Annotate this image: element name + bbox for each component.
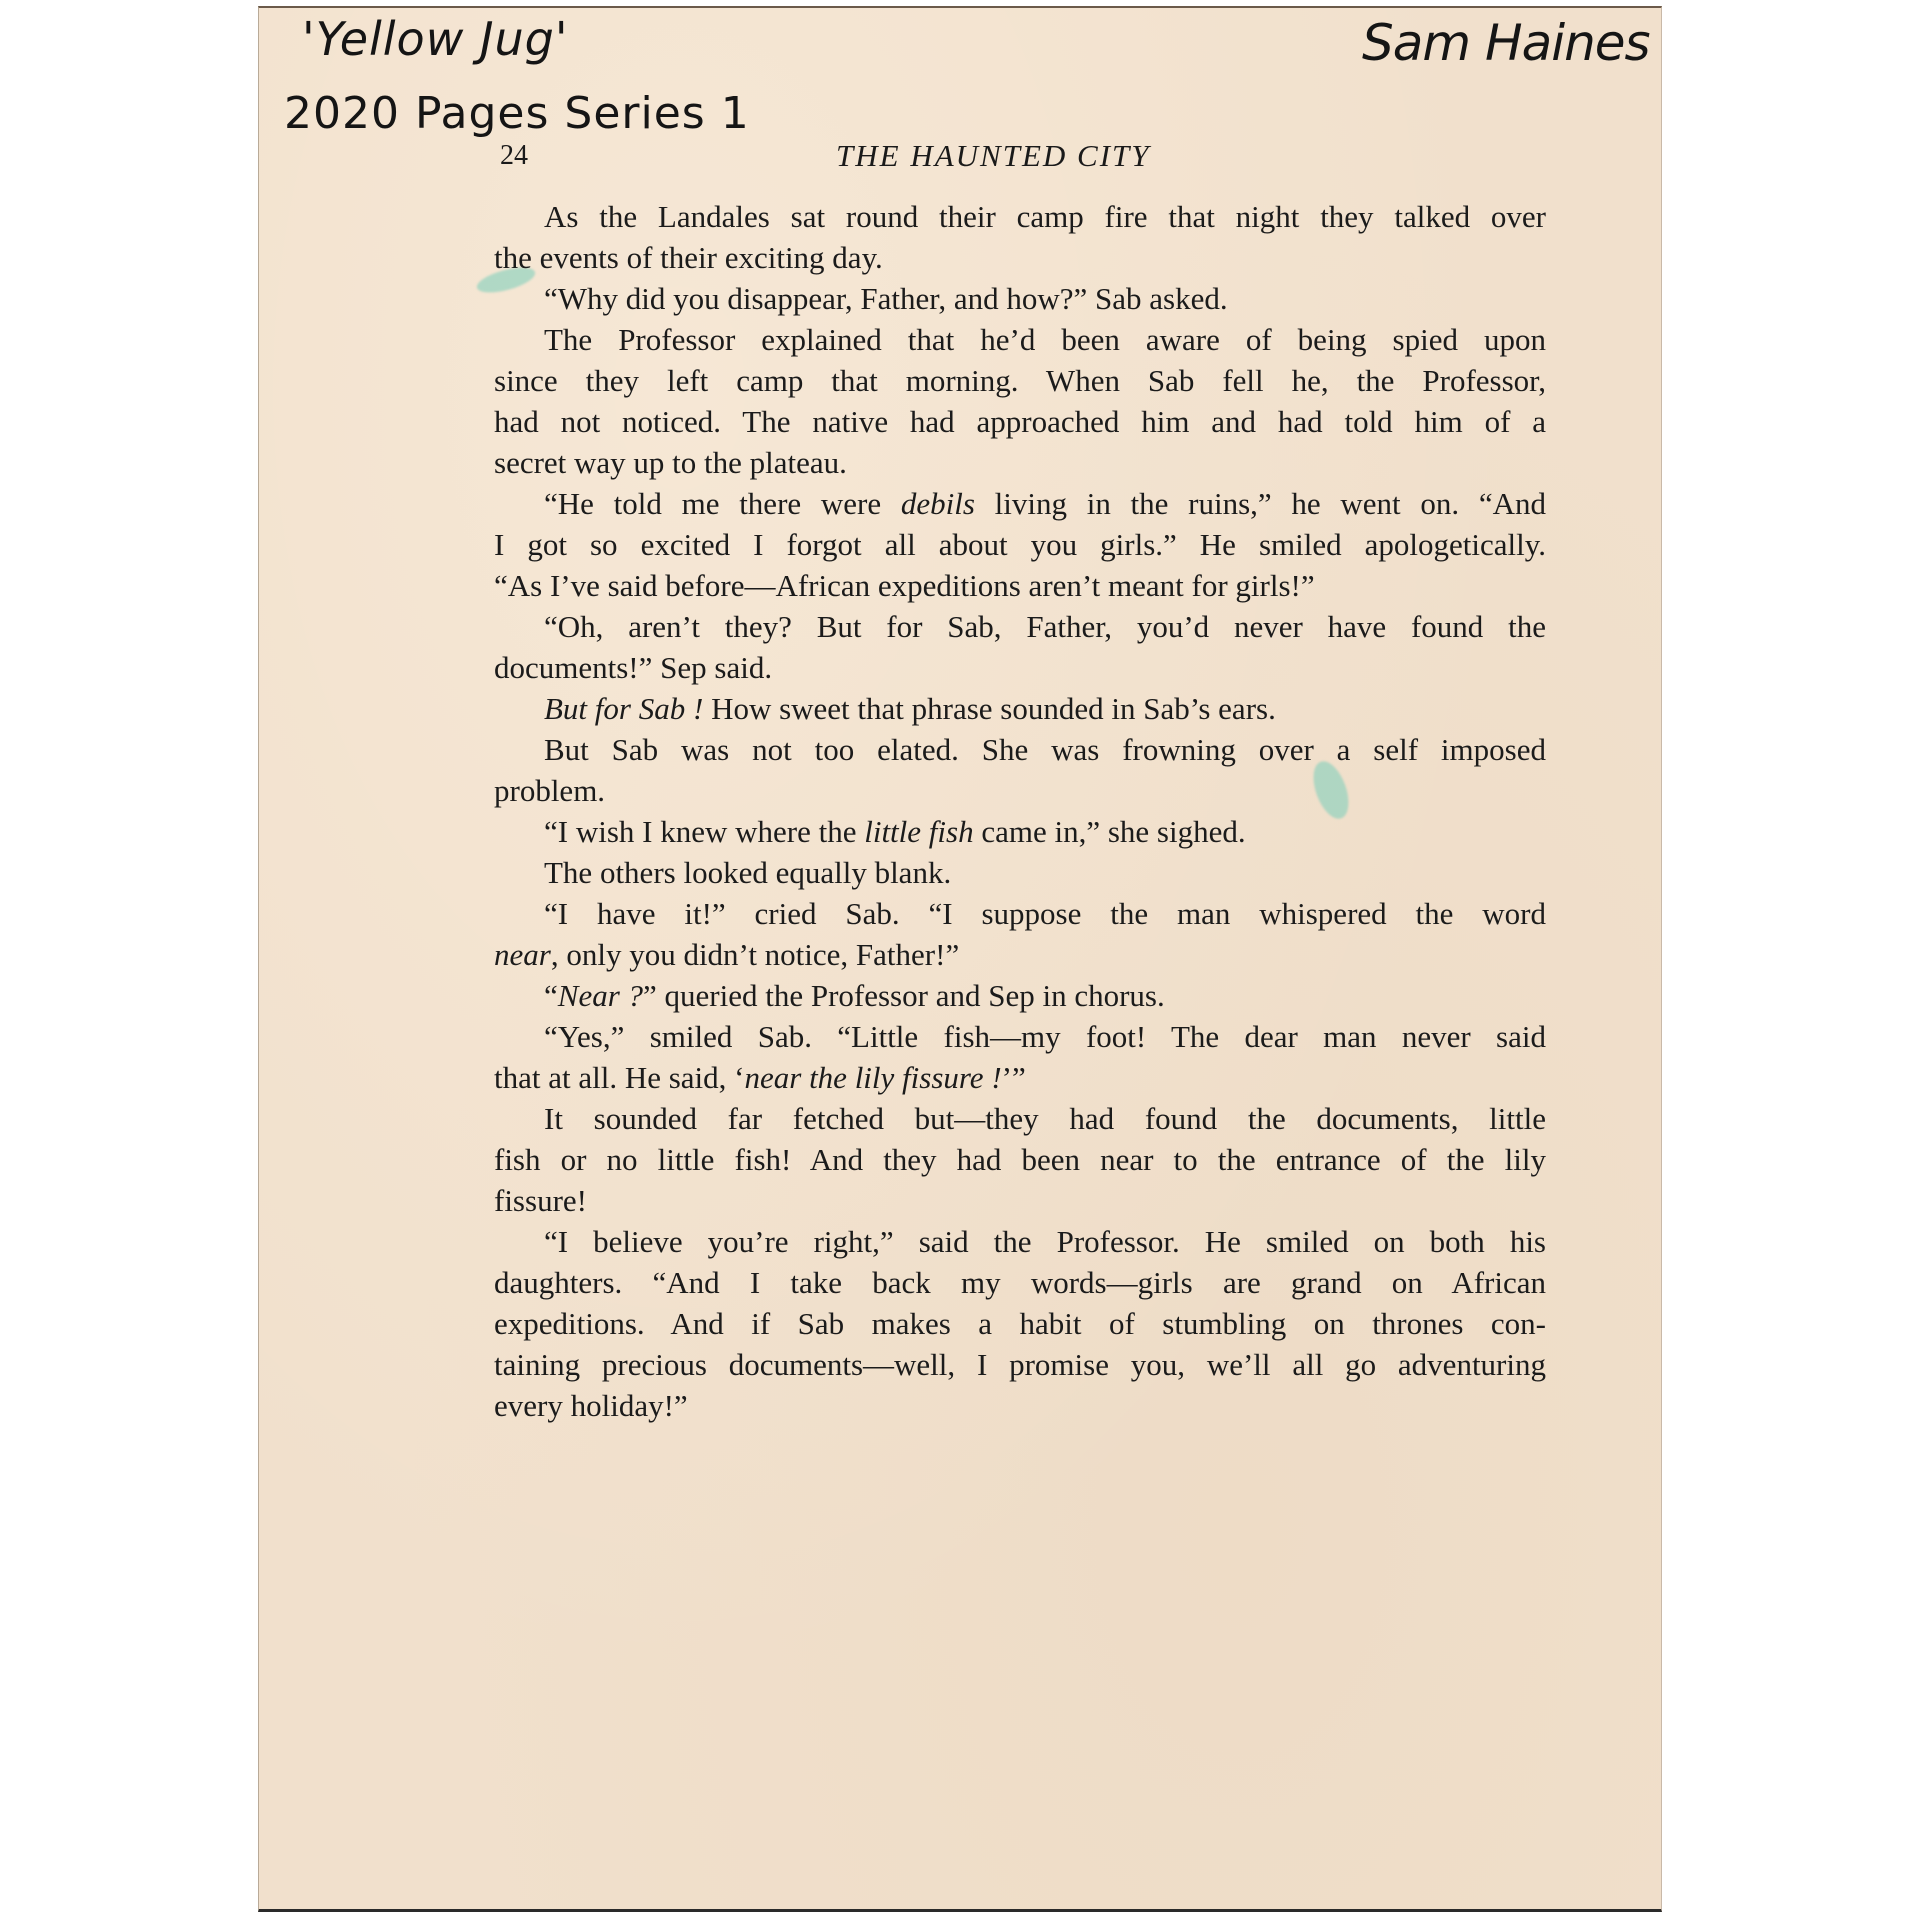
handwritten-series: 2020 Pages Series 1 [284, 88, 750, 139]
text-line: expeditions. And if Sab makes a habit of… [494, 1303, 1546, 1344]
text-line: taining precious documents—well, I promi… [494, 1344, 1546, 1385]
text-line: But Sab was not too elated. She was frow… [494, 729, 1546, 770]
text-line: “Yes,” smiled Sab. “Little fish—my foot!… [494, 1016, 1546, 1057]
text-line: problem. [494, 770, 1546, 811]
page-number: 24 [500, 140, 528, 172]
text-line: “Why did you disappear, Father, and how?… [494, 278, 1546, 319]
text-line: near, only you didn’t notice, Father!” [494, 934, 1546, 975]
text-line: As the Landales sat round their camp fir… [494, 196, 1546, 237]
text-line: “I wish I knew where the little fish cam… [494, 811, 1546, 852]
text-line: fish or no little fish! And they had bee… [494, 1139, 1546, 1180]
text-line: I got so excited I forgot all about you … [494, 524, 1546, 565]
text-line: The Professor explained that he’d been a… [494, 319, 1546, 360]
text-line: had not noticed. The native had approach… [494, 401, 1546, 442]
text-line: that at all. He said, ‘near the lily fis… [494, 1057, 1546, 1098]
text-line: every holiday!” [494, 1385, 1546, 1426]
text-line: “I have it!” cried Sab. “I suppose the m… [494, 893, 1546, 934]
text-line: documents!” Sep said. [494, 647, 1546, 688]
text-line: fissure! [494, 1180, 1546, 1221]
text-line: “Oh, aren’t they? But for Sab, Father, y… [494, 606, 1546, 647]
text-line: The others looked equally blank. [494, 852, 1546, 893]
text-line: “As I’ve said before—African expeditions… [494, 565, 1546, 606]
text-line: daughters. “And I take back my words—gir… [494, 1262, 1546, 1303]
handwritten-signature: Sam Haines [1362, 14, 1650, 72]
text-line: the events of their exciting day. [494, 237, 1546, 278]
text-line: “He told me there were debils living in … [494, 483, 1546, 524]
body-text: As the Landales sat round their camp fir… [494, 196, 1546, 1426]
text-line: “Near ?” queried the Professor and Sep i… [494, 975, 1546, 1016]
text-line: But for Sab ! How sweet that phrase soun… [494, 688, 1546, 729]
text-line: “I believe you’re right,” said the Profe… [494, 1221, 1546, 1262]
text-line: secret way up to the plateau. [494, 442, 1546, 483]
running-head: THE HAUNTED CITY [836, 138, 1216, 174]
text-line: It sounded far fetched but—they had foun… [494, 1098, 1546, 1139]
handwritten-title: 'Yellow Jug' [302, 12, 569, 66]
text-line: since they left camp that morning. When … [494, 360, 1546, 401]
